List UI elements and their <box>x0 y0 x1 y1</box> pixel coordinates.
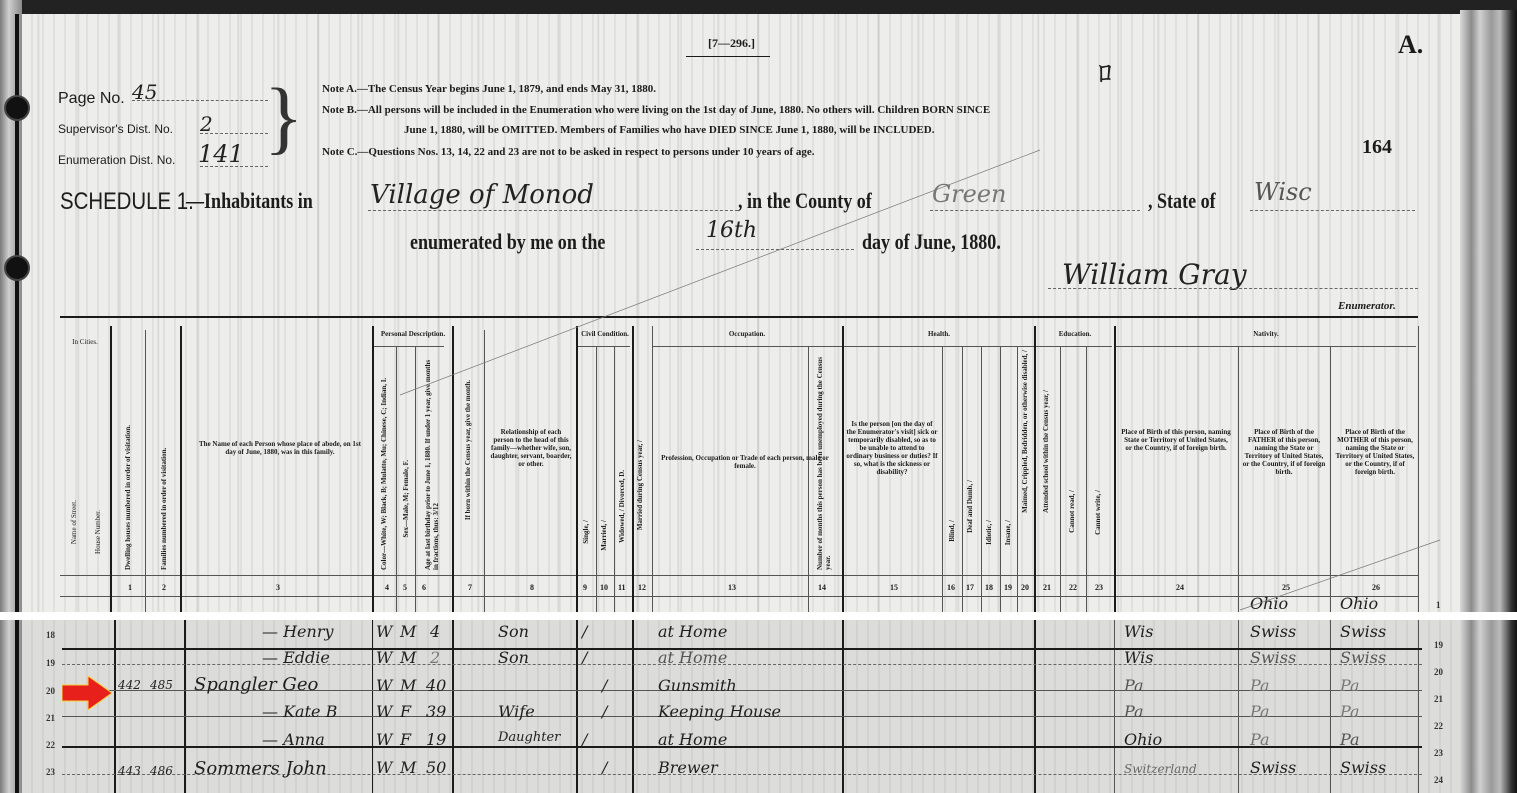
header-cannot-write: Cannot write, / <box>1094 490 1102 535</box>
cell-color: W <box>376 758 392 777</box>
cell-birth: Pa <box>1124 702 1144 721</box>
cell-mother: Pa <box>1340 702 1360 721</box>
cell-mother: Pa <box>1340 730 1360 749</box>
note-b: Note B.—All persons will be included in … <box>322 104 990 116</box>
cell-married: / <box>602 758 607 777</box>
col-num: 6 <box>422 583 426 592</box>
cell-father: Pa <box>1250 676 1270 695</box>
form-number: [7—296.] <box>708 36 755 51</box>
cell-single: / <box>582 622 587 641</box>
mark-glyph: ﾛ <box>1098 52 1112 92</box>
cell-dwelling: 443 <box>118 764 141 778</box>
header-health: Health. <box>844 330 1034 338</box>
cell-name: Spangler Geo <box>194 674 318 695</box>
col-num: 5 <box>403 583 407 592</box>
census-page: [7—296.] A. 164 ﾛ Page No. 45 Supervisor… <box>0 0 1517 793</box>
col-num: 3 <box>276 583 280 592</box>
col-num: 22 <box>1069 583 1077 592</box>
cell-age: 40 <box>426 676 446 695</box>
header-relationship: Relationship of each person to the head … <box>490 428 572 468</box>
cell-occupation: at Home <box>658 648 727 667</box>
note-c: Note C.—Questions Nos. 13, 14, 22 and 23… <box>322 146 815 158</box>
stamp-number: 164 <box>1362 136 1392 159</box>
col-num: 26 <box>1372 583 1380 592</box>
cell-occupation: at Home <box>658 730 727 749</box>
header-idiotic: Idiotic, / <box>985 520 993 545</box>
header-education: Education. <box>1036 330 1114 338</box>
cell-age: 50 <box>426 758 446 777</box>
header-birth-mother: Place of Birth of the MOTHER of this per… <box>1334 428 1416 476</box>
header-widowed: Widowed, / Divorced, D. <box>618 470 626 543</box>
header-cannot-read: Cannot read, / <box>1068 490 1076 533</box>
image-seam <box>0 612 1517 620</box>
cell-occupation: at Home <box>658 622 727 641</box>
cell-relationship: Son <box>498 648 529 667</box>
cell-family: 486 <box>150 764 173 778</box>
brace: } <box>264 72 303 162</box>
cell-age: 2 <box>430 648 440 667</box>
cell-family: 485 <box>150 678 173 692</box>
enumerator-signature: William Gray <box>1062 258 1247 291</box>
day-suffix: day of June, 1880. <box>862 229 1001 255</box>
header-dwelling: Dwelling houses numbered in order of vis… <box>124 380 132 570</box>
col-num: 10 <box>600 583 608 592</box>
line-number: 21 <box>46 713 55 723</box>
line-number: 22 <box>46 740 55 750</box>
cell-name: Sommers John <box>194 758 327 779</box>
header-sick: Is the person [on the day of the Enumera… <box>846 420 938 476</box>
line-number: 19 <box>46 658 55 668</box>
header-in-cities: In Cities. <box>62 338 108 346</box>
cell-married: / <box>602 702 607 721</box>
col-num: 12 <box>638 583 646 592</box>
line-number: 1 <box>1436 600 1441 610</box>
col-num: 19 <box>1004 583 1012 592</box>
header-maimed: Maimed, Crippled, Bedridden, or otherwis… <box>1021 350 1029 513</box>
cell-father: Pa <box>1250 730 1270 749</box>
cell-color: W <box>376 676 392 695</box>
state-label: , State of <box>1148 188 1216 214</box>
cell-father: Swiss <box>1250 622 1296 641</box>
col-num: 11 <box>618 583 626 592</box>
binding-ring <box>4 95 30 121</box>
cell-color: W <box>376 702 392 721</box>
line-number: 20 <box>46 686 55 696</box>
col-num: 4 <box>385 583 389 592</box>
header-sex: Sex—Male, M; Female, F. <box>402 460 410 538</box>
line-number: 23 <box>1434 748 1443 758</box>
cell-color: W <box>376 622 392 641</box>
header-months-unemployed: Number of months this person has been un… <box>816 350 836 570</box>
header-birth-father: Place of Birth of the FATHER of this per… <box>1242 428 1326 476</box>
col-num: 16 <box>947 583 955 592</box>
header-single: Single, / <box>582 520 590 544</box>
cell-birth: Switzerland <box>1124 762 1197 776</box>
county-label: , in the County of <box>738 188 872 214</box>
header-color: Color—White, W; Black, B; Mulatto, Mu; C… <box>380 356 396 570</box>
enumerated-label: enumerated by me on the <box>410 229 605 255</box>
header-deaf: Deaf and Dumb, / <box>966 480 974 533</box>
header-civil-condition: Civil Condition. <box>578 330 632 338</box>
header-birth-person: Place of Birth of this person, naming St… <box>1120 428 1232 452</box>
col-num: 18 <box>985 583 993 592</box>
highlight-arrow-icon <box>62 676 112 710</box>
cell-mother: Pa <box>1340 676 1360 695</box>
cell-name: — Kate B <box>262 702 337 721</box>
col-num: 13 <box>728 583 736 592</box>
col-num: 15 <box>890 583 898 592</box>
cell-father: Swiss <box>1250 648 1296 667</box>
header-nativity: Nativity. <box>1116 330 1416 338</box>
cell-relationship: Daughter <box>498 730 560 745</box>
line-number: 23 <box>46 767 55 777</box>
table-rows-section: 18 19 20 21 22 23 19 20 21 22 23 24 — He… <box>22 620 1460 793</box>
col-num: 7 <box>468 583 472 592</box>
cell-birth: Wis <box>1124 648 1154 667</box>
cell-name: — Eddie <box>262 648 330 667</box>
col-num: 24 <box>1176 583 1184 592</box>
col-num: 17 <box>966 583 974 592</box>
header-name: The Name of each Person whose place of a… <box>196 440 364 456</box>
county-value: Green <box>932 180 1007 208</box>
cell-sex: M <box>400 676 416 695</box>
line-number: 22 <box>1434 721 1443 731</box>
cell-birth-mother: Ohio <box>1340 594 1378 613</box>
cell-sex: M <box>400 648 416 667</box>
header-born-in-year: If born within the Census year, give the… <box>464 380 472 520</box>
cell-occupation: Brewer <box>658 758 718 777</box>
note-b-cont: June 1, 1880, will be OMITTED. Members o… <box>404 124 934 136</box>
cell-age: 4 <box>430 622 440 641</box>
header-profession: Profession, Occupation or Trade of each … <box>660 454 830 470</box>
pencil-diagonal-line <box>0 0 1517 620</box>
cell-sex: M <box>400 622 416 641</box>
cell-occupation: Gunsmith <box>658 676 737 695</box>
cell-sex: F <box>400 702 411 721</box>
header-street: Name of Street. <box>70 500 78 544</box>
enumeration-label: Enumeration Dist. No. <box>58 153 175 167</box>
cell-birth: Wis <box>1124 622 1154 641</box>
note-a: Note A.—The Census Year begins June 1, 1… <box>322 83 656 95</box>
cell-color: W <box>376 730 392 749</box>
col-num: 14 <box>818 583 826 592</box>
line-number: 19 <box>1434 640 1443 650</box>
cell-relationship: Wife <box>498 702 535 721</box>
col-num: 8 <box>530 583 534 592</box>
col-num: 21 <box>1043 583 1051 592</box>
cell-sex: F <box>400 730 411 749</box>
cell-name: — Anna <box>262 730 325 749</box>
cell-name: — Henry <box>262 622 334 641</box>
header-married: Married, / <box>600 520 608 551</box>
enumeration-value: 141 <box>198 140 244 168</box>
col-num: 2 <box>162 583 166 592</box>
inhabitants-label: —Inhabitants in <box>186 188 313 214</box>
cell-birth-father: Ohio <box>1250 594 1288 613</box>
cell-mother: Swiss <box>1340 648 1386 667</box>
cell-birth: Pa <box>1124 676 1144 695</box>
line-number: 20 <box>1434 667 1443 677</box>
header-families: Families numbered in order of visitation… <box>160 410 168 570</box>
binding-ring <box>4 255 30 281</box>
col-num: 1 <box>128 583 132 592</box>
cell-color: W <box>376 648 392 667</box>
cell-dwelling: 442 <box>118 678 141 692</box>
header-occupation: Occupation. <box>652 330 842 338</box>
col-num: 25 <box>1282 583 1290 592</box>
day-value: 16th <box>706 218 757 243</box>
header-attended-school: Attended school within the Census year, … <box>1042 390 1050 513</box>
schedule-letter: A. <box>1398 30 1423 60</box>
cell-mother: Swiss <box>1340 758 1386 777</box>
col-num: 23 <box>1095 583 1103 592</box>
header-house-number: House Number. <box>94 510 102 554</box>
scan-border-right <box>1460 10 1517 793</box>
cell-relationship: Son <box>498 622 529 641</box>
cell-age: 39 <box>426 702 446 721</box>
line-number: 21 <box>1434 694 1443 704</box>
cell-age: 19 <box>426 730 446 749</box>
cell-sex: M <box>400 758 416 777</box>
scan-border-top <box>0 0 1517 14</box>
place-value: Village of Monod <box>370 180 594 210</box>
cell-occupation: Keeping House <box>658 702 781 721</box>
cell-single: / <box>582 648 587 667</box>
cell-single: / <box>582 730 587 749</box>
header-personal-description: Personal Description. <box>374 330 452 338</box>
line-number: 24 <box>1434 775 1443 785</box>
header-blind: Blind, / <box>948 520 956 542</box>
cell-mother: Swiss <box>1340 622 1386 641</box>
cell-father: Swiss <box>1250 758 1296 777</box>
col-num: 9 <box>583 583 587 592</box>
enumerator-label: Enumerator. <box>1338 300 1396 312</box>
supervisor-label: Supervisor's Dist. No. <box>58 122 173 136</box>
cell-father: Pa <box>1250 702 1270 721</box>
state-value: Wisc <box>1254 178 1312 206</box>
page-label: Page No. <box>58 90 125 108</box>
cell-birth: Ohio <box>1124 730 1162 749</box>
col-num: 20 <box>1021 583 1029 592</box>
cell-married: / <box>602 676 607 695</box>
header-age: Age at last birthday prior to June 1, 18… <box>424 356 442 570</box>
schedule-title: SCHEDULE 1. <box>60 188 194 216</box>
header-married-during-year: Married during Census year, / <box>636 440 644 530</box>
line-number: 18 <box>46 630 55 640</box>
header-insane: Insane, / <box>1004 520 1012 545</box>
